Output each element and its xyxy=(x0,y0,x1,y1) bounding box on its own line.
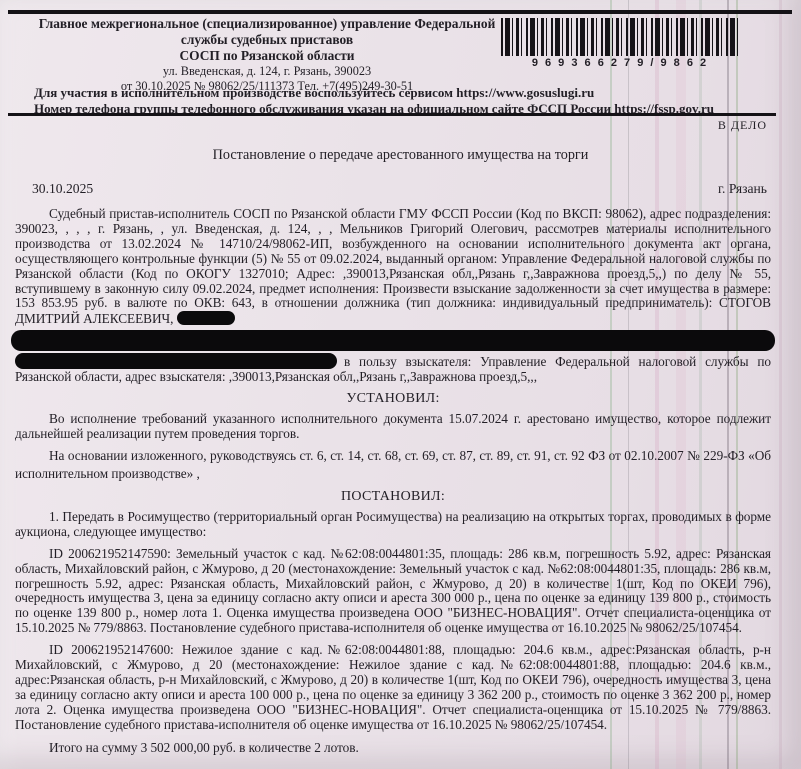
top-divider xyxy=(8,10,792,14)
redaction-bar xyxy=(11,330,775,351)
header-divider xyxy=(8,113,776,116)
legal-basis-paragraph: На основании изложенного, руководствуясь… xyxy=(15,447,771,483)
section-ustanovil: УСТАНОВИЛ: xyxy=(15,391,771,407)
redaction-blob xyxy=(177,311,235,325)
letterhead: Главное межрегиональное (специализирован… xyxy=(0,16,801,93)
org-address: ул. Введенская, д. 124, г. Рязань, 39002… xyxy=(32,64,502,79)
org-name-line1: Главное межрегиональное (специализирован… xyxy=(32,16,502,32)
date-city-row: 30.10.2025 г. Рязань xyxy=(32,181,767,197)
barcode-digits: 9 6 9 3 6 6 2 7 9 / 9 8 6 2 xyxy=(501,57,739,69)
order-item-intro: 1. Передать в Росимущество (территориаль… xyxy=(15,510,771,540)
preamble-text: Судебный пристав-исполнитель СОСП по Ряз… xyxy=(15,206,771,326)
total-line: Итого на сумму 3 502 000,00 руб. в колич… xyxy=(15,741,771,756)
preamble-paragraph: Судебный пристав-исполнитель СОСП по Ряз… xyxy=(15,207,771,327)
document-body: Судебный пристав-исполнитель СОСП по Ряз… xyxy=(15,207,771,755)
org-name-line2: службы судебных приставов xyxy=(32,32,502,48)
v-delo-stamp: В ДЕЛО xyxy=(718,118,767,133)
section-postanovil: ПОСТАНОВИЛ: xyxy=(15,489,771,505)
scanned-document-page: Главное межрегиональное (специализирован… xyxy=(0,0,801,769)
document-date: 30.10.2025 xyxy=(32,181,93,197)
gosuslugi-notice: Для участия в исполнительном производств… xyxy=(34,85,775,101)
barcode-icon xyxy=(501,18,739,56)
creditor-paragraph: в пользу взыскателя: Управление Федераль… xyxy=(15,353,771,385)
scan-artifact-streak xyxy=(779,0,782,769)
lot1-description: ID 200621952147590: Земельный участок с … xyxy=(15,547,771,636)
org-name-line3: СОСП по Рязанской области xyxy=(32,48,502,64)
document-city: г. Рязань xyxy=(718,181,767,197)
redaction-bar-partial xyxy=(15,353,337,369)
established-paragraph: Во исполнение требований указанного испо… xyxy=(15,412,771,442)
document-title: Постановление о передаче арестованного и… xyxy=(0,147,801,164)
lot2-description: ID 200621952147600: Нежилое здание с кад… xyxy=(15,643,771,732)
barcode-block: 9 6 9 3 6 6 2 7 9 / 9 8 6 2 xyxy=(501,18,739,69)
issuing-authority-block: Главное межрегиональное (специализирован… xyxy=(32,16,502,93)
